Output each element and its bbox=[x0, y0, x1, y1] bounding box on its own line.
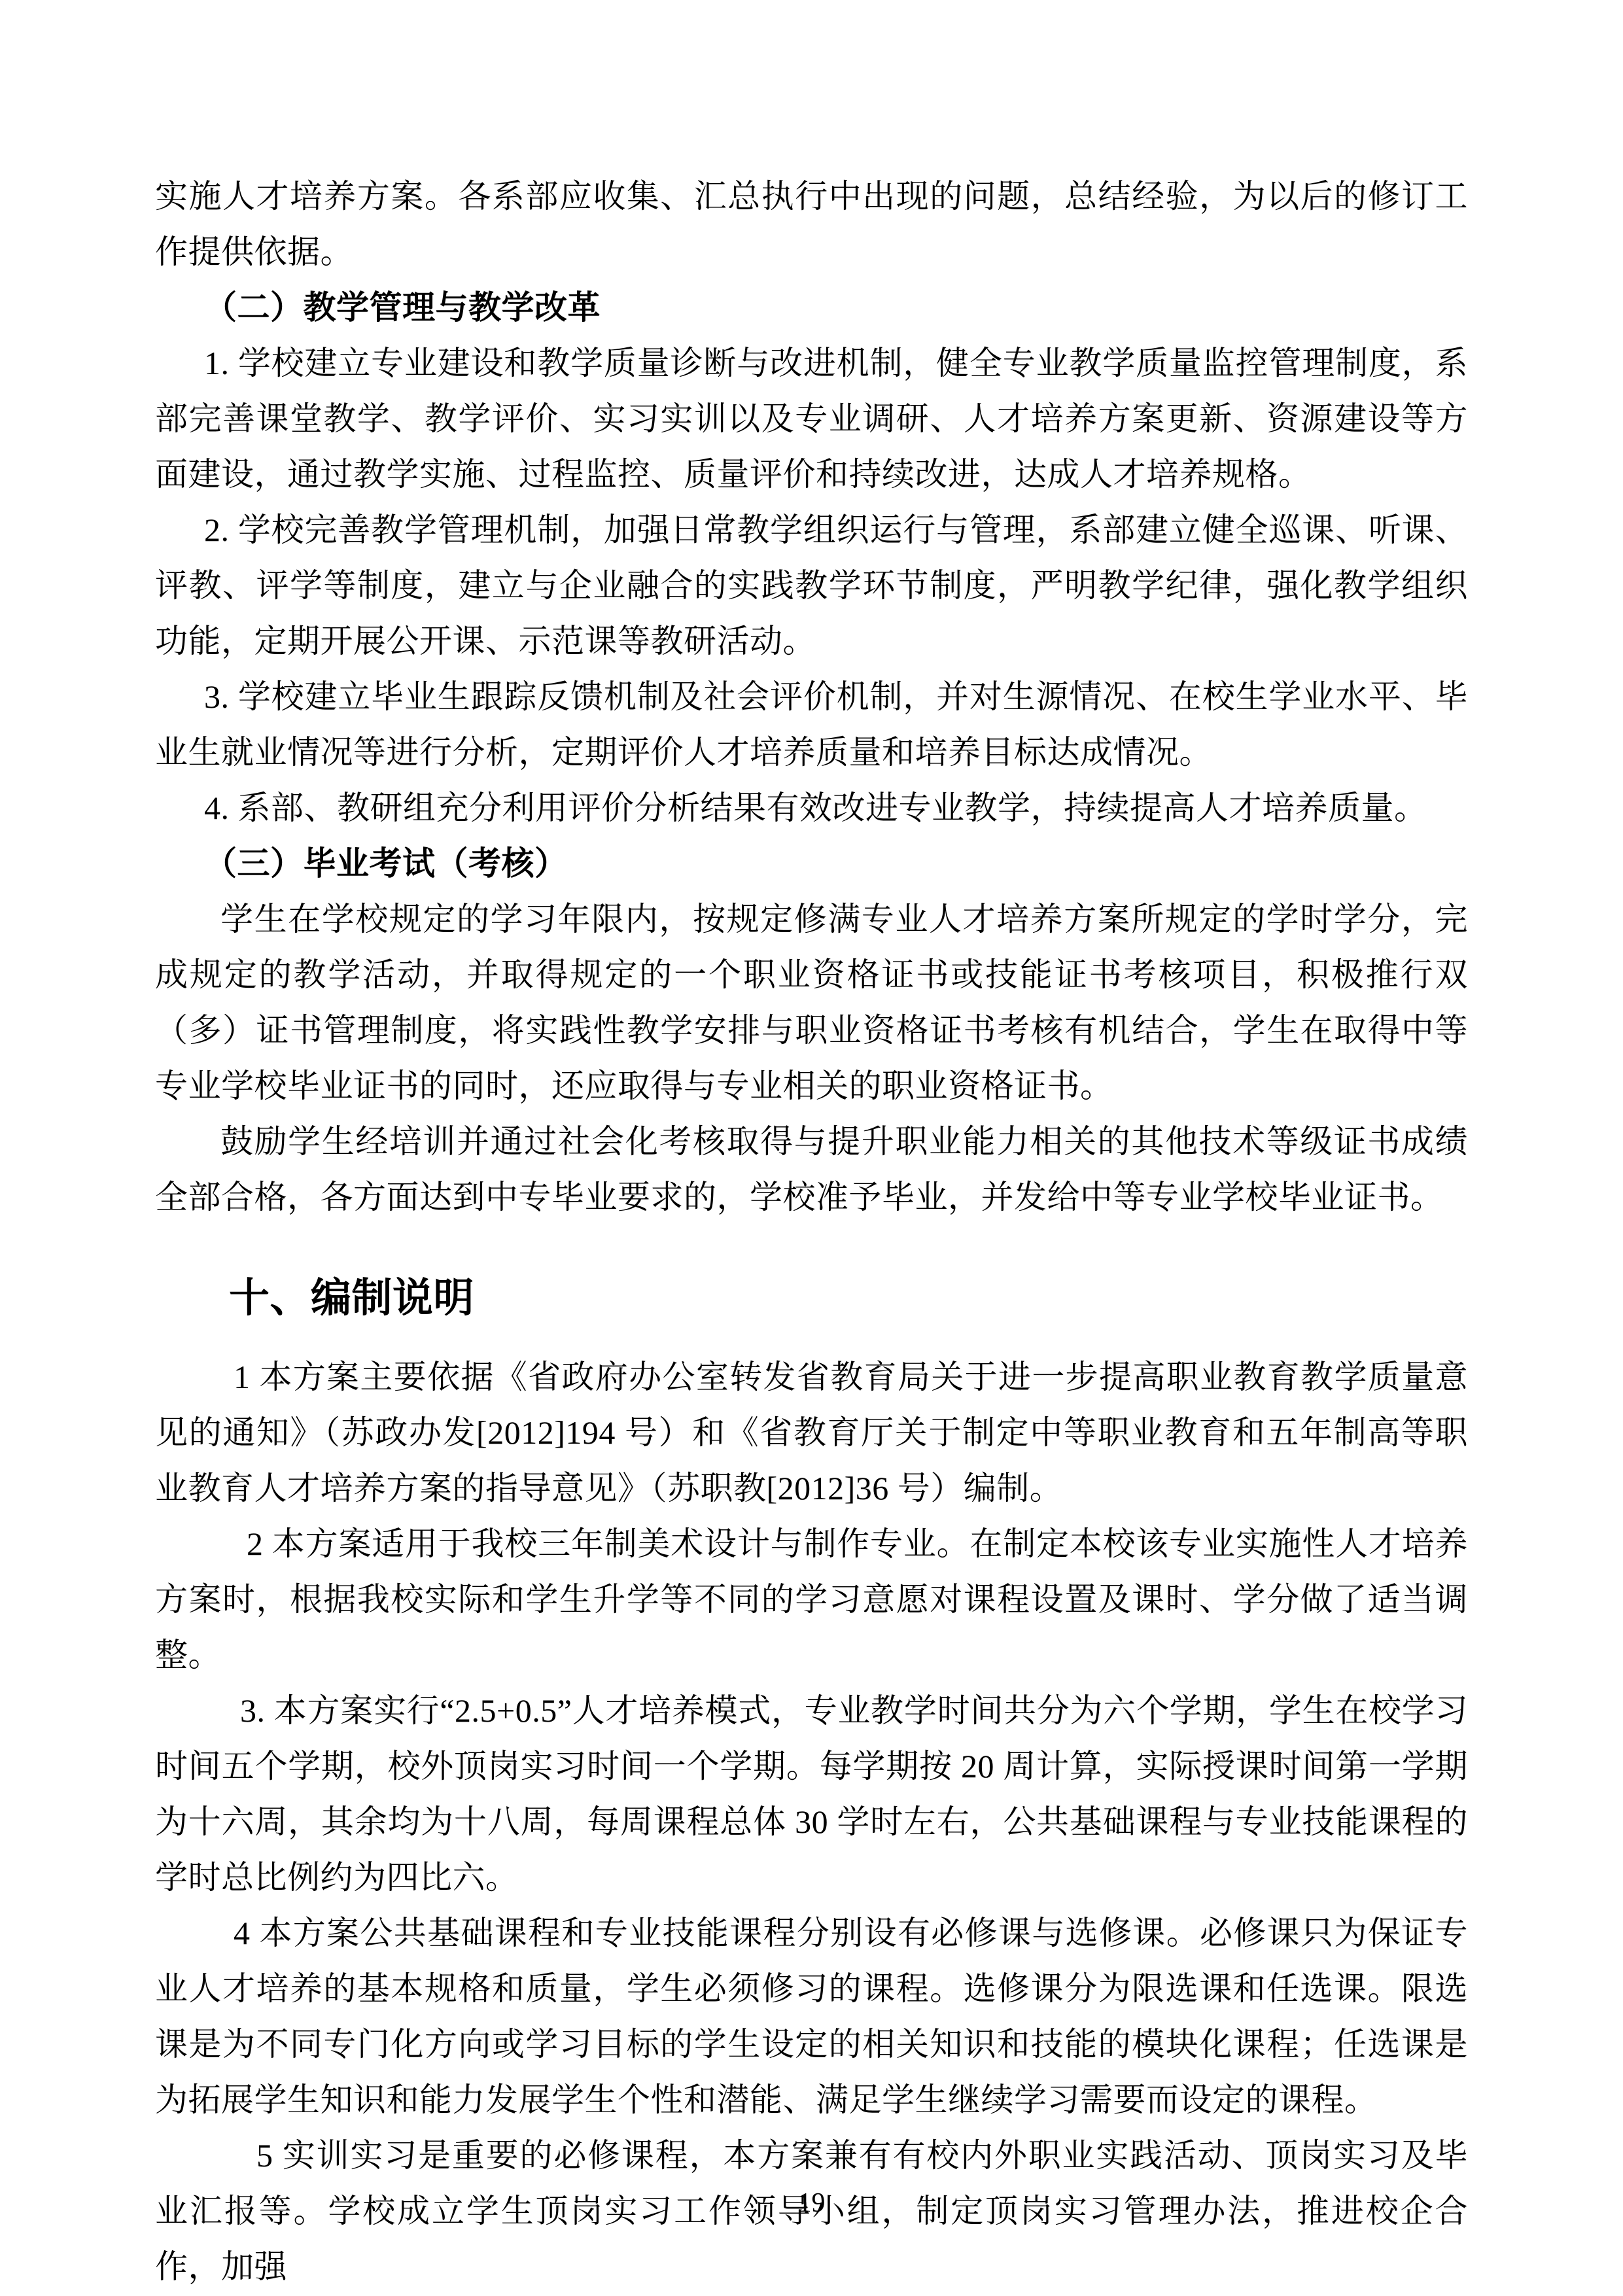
numbered-paragraph-3: 3. 学校建立毕业生跟踪反馈机制及社会评价机制，并对生源情况、在校生学业水平、毕… bbox=[155, 669, 1468, 780]
document-page: 实施人才培养方案。各系部应收集、汇总执行中出现的问题，总结经验，为以后的修订工作… bbox=[0, 0, 1623, 2296]
numbered-paragraph-1: 1. 学校建立专业建设和教学质量诊断与改进机制，健全专业教学质量监控管理制度，系… bbox=[155, 336, 1468, 502]
paragraph-graduation-requirements: 学生在学校规定的学习年限内，按规定修满专业人才培养方案所规定的学时学分，完成规定… bbox=[155, 892, 1468, 1114]
note-paragraph-2: 2 本方案适用于我校三年制美术设计与制作专业。在制定本校该专业实施性人才培养方案… bbox=[155, 1516, 1468, 1683]
section-heading-graduation-exam: （三）毕业考试（考核） bbox=[155, 836, 1468, 892]
note-paragraph-1: 1 本方案主要依据《省政府办公室转发省教育局关于进一步提高职业教育教学质量意见的… bbox=[155, 1349, 1468, 1516]
numbered-paragraph-4: 4. 系部、教研组充分利用评价分析结果有效改进专业教学，持续提高人才培养质量。 bbox=[155, 780, 1468, 836]
note-paragraph-4: 4 本方案公共基础课程和专业技能课程分别设有必修课与选修课。必修课只为保证专业人… bbox=[155, 1905, 1468, 2128]
section-heading-teaching-management: （二）教学管理与教学改革 bbox=[155, 280, 1468, 336]
paragraph-certificate-encouragement: 鼓励学生经培训并通过社会化考核取得与提升职业能力相关的其他技术等级证书成绩全部合… bbox=[155, 1114, 1468, 1225]
note-paragraph-3: 3. 本方案实行“2.5+0.5”人才培养模式，专业教学时间共分为六个学期，学生… bbox=[155, 1683, 1468, 1905]
page-number: 19 bbox=[0, 2187, 1623, 2219]
numbered-paragraph-2: 2. 学校完善教学管理机制，加强日常教学组织运行与管理，系部建立健全巡课、听课、… bbox=[155, 502, 1468, 669]
chapter-heading-compilation-notes: 十、编制说明 bbox=[155, 1266, 1468, 1331]
paragraph-continuation: 实施人才培养方案。各系部应收集、汇总执行中出现的问题，总结经验，为以后的修订工作… bbox=[155, 169, 1468, 280]
document-body: 实施人才培养方案。各系部应收集、汇总执行中出现的问题，总结经验，为以后的修订工作… bbox=[155, 169, 1468, 2295]
